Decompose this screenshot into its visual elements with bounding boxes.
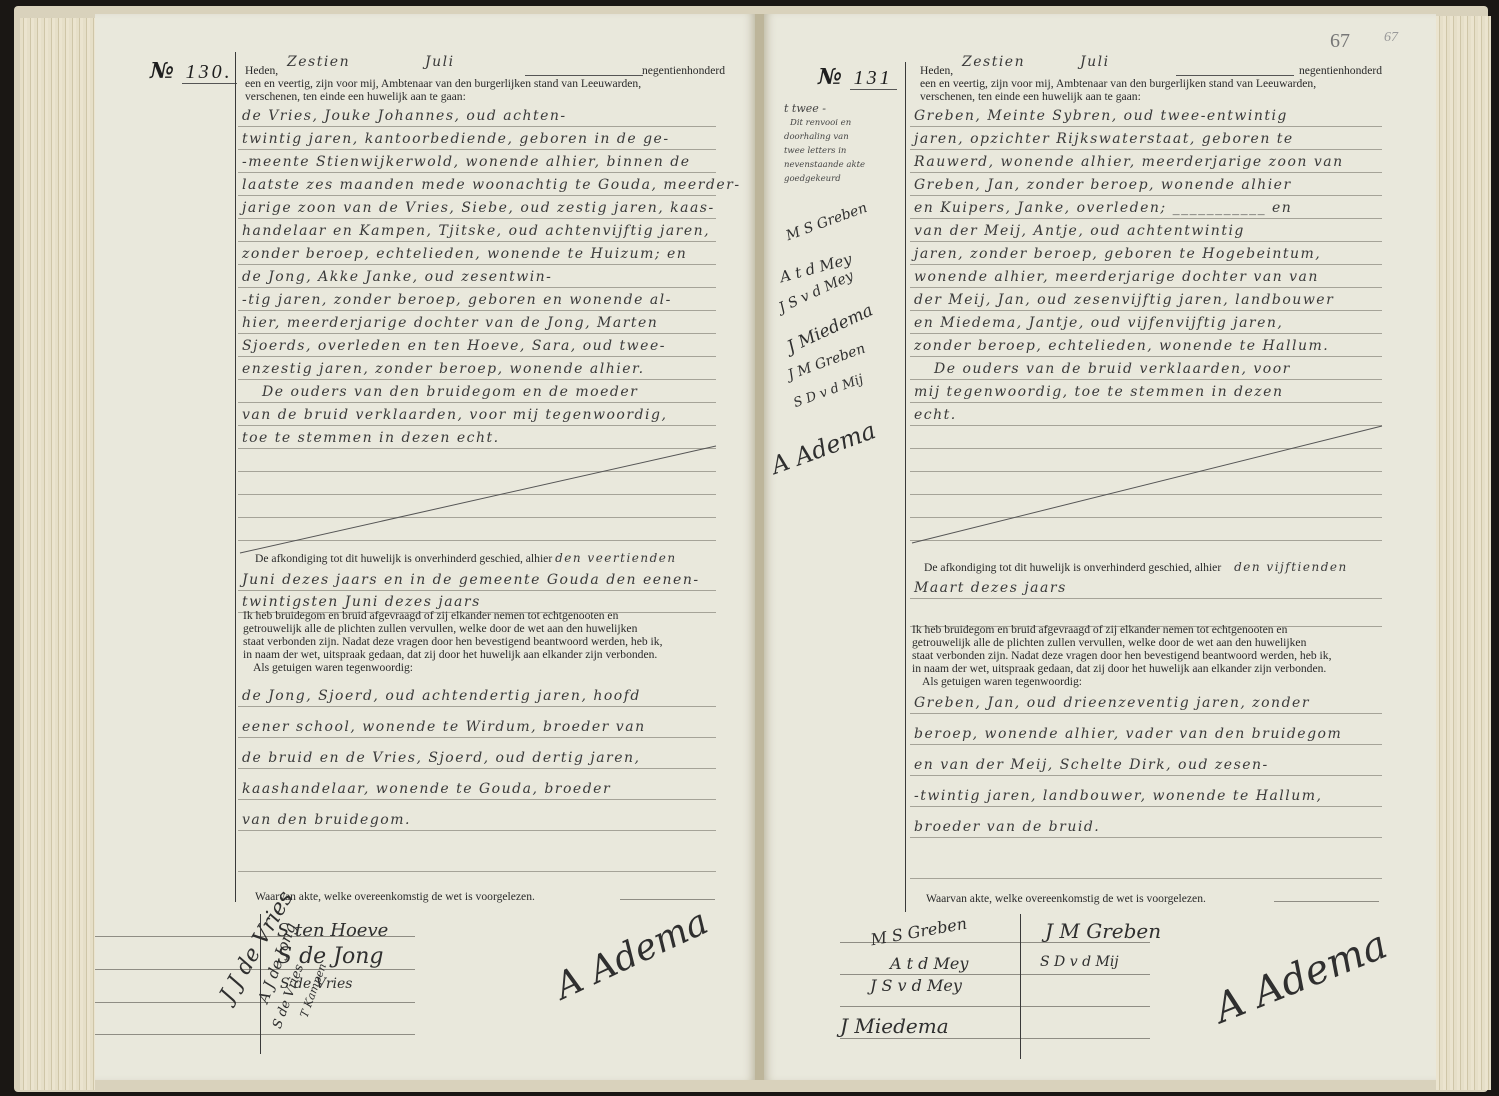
page-number: 67 [1330,30,1350,53]
heden-label: Heden, [245,64,278,77]
afkondiging-line: twintigsten Juni dezes jaars [242,594,481,610]
witness-line: Greben, Jan, oud drieenzeventig jaren, z… [914,695,1310,711]
vows-section: Ik heb bruidegom en bruid afgevraagd of … [243,609,723,674]
margin-annotation: t twee - Dit renvooi en doorhaling van t… [784,102,894,186]
waarvan-label: Waarvan akte, welke overeenkomstig de we… [926,892,1206,905]
heden-label: Heden, [920,64,953,77]
margin-note-line: doorhaling van [784,130,894,144]
signature: S de Jong [277,944,383,969]
page-edges-right [1436,16,1491,1090]
vows-line: staat verbonden zijn. Nadat deze vragen … [243,635,723,648]
witness-line: kaashandelaar, wonende te Gouda, broeder [242,781,611,797]
vows-section: Ik heb bruidegom en bruid afgevraagd of … [912,623,1384,688]
witness-line: de Jong, Sjoerd, oud achtendertig jaren,… [242,688,641,704]
margin-note-line: goedgekeurd [784,172,894,186]
signature: J M Greben [1045,919,1161,943]
right-page: 67 67 № 131 t twee - Dit renvooi en door… [764,14,1436,1080]
registrar-signature: A Adema [1208,922,1394,1033]
signature: S ten Hoeve [277,920,388,941]
date-month: Juli [425,56,455,69]
book-gutter [755,14,764,1080]
record-number-value: 131 [850,67,897,90]
signature: S de Vries [280,976,353,992]
century-label: negentienhonderd [1299,64,1382,77]
vows-line: Ik heb bruidegom en bruid afgevraagd of … [243,609,723,622]
page-edges-left [20,18,95,1090]
signature: J S v d Mey [870,976,962,995]
witness-line: van den bruidegom. [242,812,411,828]
signature: M S Greben [784,200,870,244]
strike-through-diagonal [910,418,1384,548]
witness-line: de bruid en de Vries, Sjoerd, oud dertig… [242,750,641,766]
signatures-area: M S Greben A t d Mey J S v d Mey J Miede… [840,914,1430,1074]
margin-rule [905,62,906,912]
margin-rule [235,52,236,902]
witness-line: en van der Meij, Schelte Dirk, oud zesen… [914,757,1269,773]
signature: A Adema [767,416,879,480]
number-prefix: № [150,58,174,84]
vows-line: in naam der wet, uitspraak gedaan, dat z… [243,648,723,661]
record-number-value: 130. [182,61,237,84]
margin-note-line: nevenstaande akte [784,158,894,172]
witness-line: beroep, wonende alhier, vader van den br… [914,726,1342,742]
vows-line: getrouwelijk alle de plichten zullen ver… [243,622,723,635]
witness-line: eener school, wonende te Wirdum, broeder… [242,719,646,735]
margin-note-line: t twee - [784,102,894,116]
afkondiging-line: Maart dezes jaars [914,580,1067,596]
date-month: Juli [1080,56,1110,69]
registrar-signature: A Adema [549,901,714,1007]
witness-line: broeder van de bruid. [914,819,1100,835]
vows-line: Ik heb bruidegom en bruid afgevraagd of … [912,623,1384,636]
record-number: № 131 [818,64,897,90]
witness-line: -twintig jaren, landbouwer, wonende te H… [914,788,1323,804]
date-day: Zestien [287,56,350,69]
century-label: negentienhonderd [642,64,725,77]
signatures-area: J J de Vries A J de Jong S de Vries T Ka… [95,914,755,1074]
signature: S D v d Mij [1040,954,1119,970]
vows-line: getrouwelijk alle de plichten zullen ver… [912,636,1384,649]
form-line-2: een en veertig, zijn voor mij, Ambtenaar… [245,77,725,90]
date-day: Zestien [962,56,1025,69]
strike-through-diagonal [238,438,718,558]
record-number: № 130. [150,58,237,84]
page-number-pencil: 67 [1384,30,1398,46]
vows-line: in naam der wet, uitspraak gedaan, dat z… [912,662,1384,675]
signature: J Miedema [840,1014,949,1038]
form-line-2: een en veertig, zijn voor mij, Ambtenaar… [920,77,1382,90]
left-page: № 130. Heden, Zestien Juli negentienhond… [95,14,755,1080]
margin-signatures: M S Greben A t d Mey J S v d Mey J Miede… [764,204,904,524]
vows-line: staat verbonden zijn. Nadat deze vragen … [912,649,1384,662]
number-prefix: № [818,64,842,90]
margin-note-line: twee letters in [784,144,894,158]
margin-note-line: Dit renvooi en [784,116,894,130]
signature: A t d Mey [890,954,968,973]
getuigen-label: Als getuigen waren tegenwoordig: [243,661,723,674]
signature: M S Greben [869,914,968,950]
